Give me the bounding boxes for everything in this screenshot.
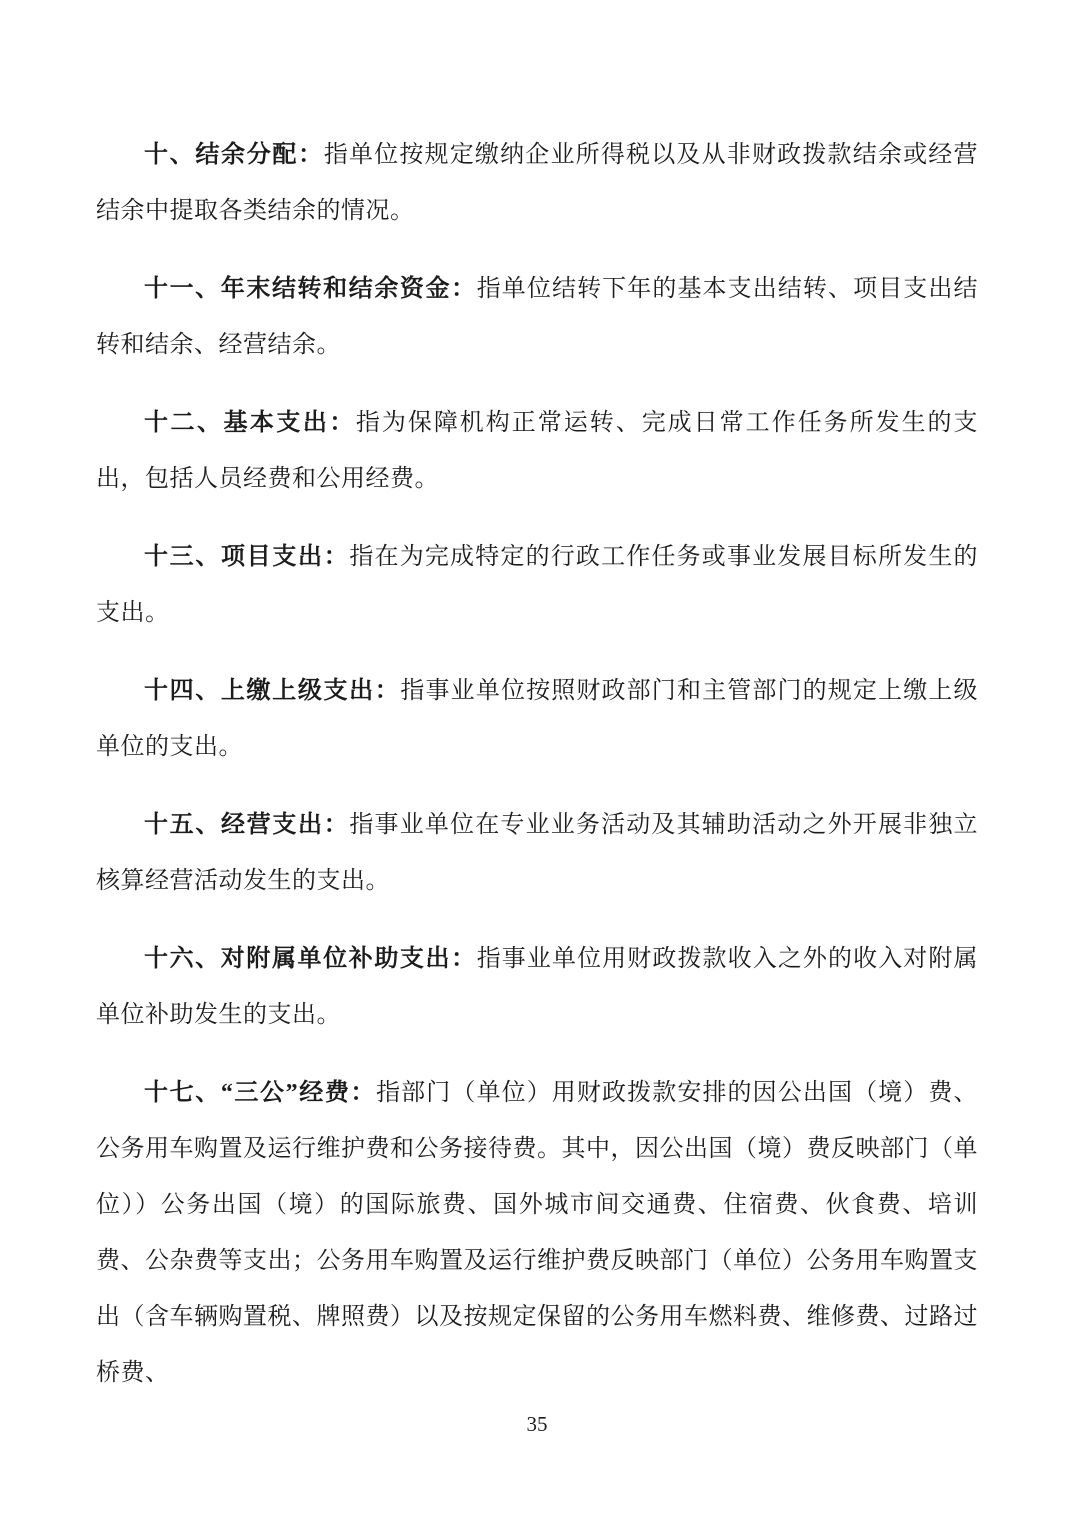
- term-label: 十五、经营支出：: [144, 812, 349, 838]
- term-label: 十七、“三公”经费：: [144, 1080, 376, 1106]
- document-page: 十、结余分配：指单位按规定缴纳企业所得税以及从非财政拨款结余或经营结余中提取各类…: [0, 0, 1074, 1520]
- definition-paragraph-15: 十五、经营支出：指事业单位在专业业务活动及其辅助活动之外开展非独立核算经营活动发…: [96, 797, 978, 909]
- term-definition: 指部门（单位）用财政拨款安排的因公出国（境）费、公务用车购置及运行维护费和公务接…: [96, 1080, 978, 1386]
- definition-paragraph-11: 十一、年末结转和结余资金：指单位结转下年的基本支出结转、项目支出结转和结余、经营…: [96, 261, 978, 373]
- definition-paragraph-17: 十七、“三公”经费：指部门（单位）用财政拨款安排的因公出国（境）费、公务用车购置…: [96, 1065, 978, 1401]
- term-label: 十四、上缴上级支出：: [144, 678, 400, 704]
- definition-paragraph-10: 十、结余分配：指单位按规定缴纳企业所得税以及从非财政拨款结余或经营结余中提取各类…: [96, 127, 978, 239]
- definition-paragraph-12: 十二、基本支出：指为保障机构正常运转、完成日常工作任务所发生的支出，包括人员经费…: [96, 395, 978, 507]
- page-number: 35: [0, 1408, 1074, 1440]
- term-label: 十六、对附属单位补助支出：: [144, 946, 477, 972]
- document-body: 十、结余分配：指单位按规定缴纳企业所得税以及从非财政拨款结余或经营结余中提取各类…: [96, 127, 978, 1401]
- definition-paragraph-16: 十六、对附属单位补助支出：指事业单位用财政拨款收入之外的收入对附属单位补助发生的…: [96, 931, 978, 1043]
- term-label: 十、结余分配：: [144, 142, 324, 168]
- definition-paragraph-14: 十四、上缴上级支出：指事业单位按照财政部门和主管部门的规定上缴上级单位的支出。: [96, 663, 978, 775]
- term-label: 十二、基本支出：: [144, 410, 356, 436]
- term-label: 十一、年末结转和结余资金：: [144, 276, 477, 302]
- term-label: 十三、项目支出：: [144, 544, 349, 570]
- definition-paragraph-13: 十三、项目支出：指在为完成特定的行政工作任务或事业发展目标所发生的支出。: [96, 529, 978, 641]
